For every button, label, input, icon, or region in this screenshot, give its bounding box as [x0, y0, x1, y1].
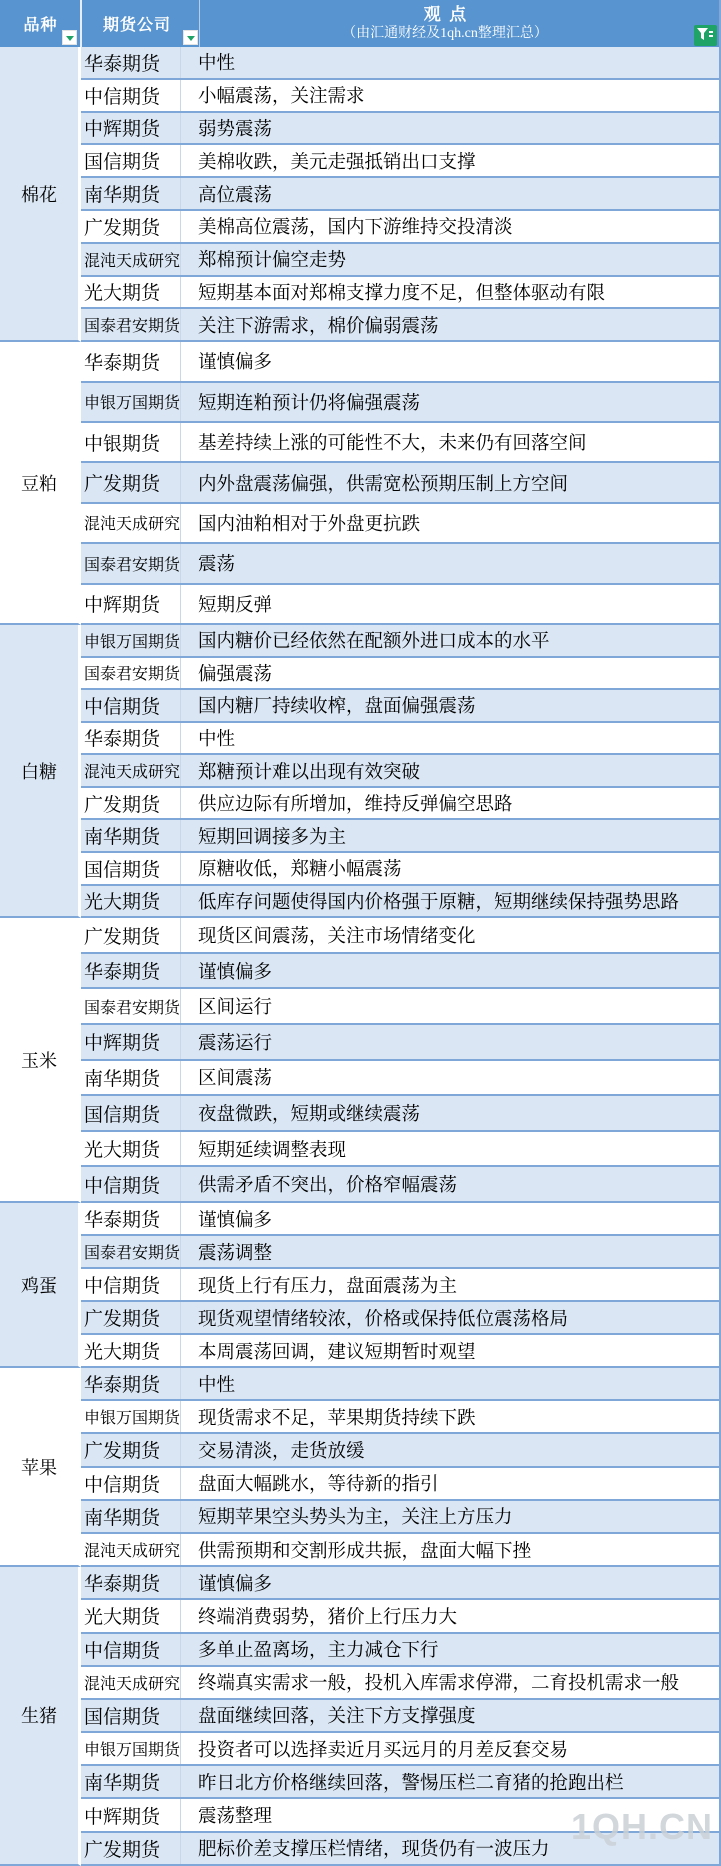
table-row: 广发期货供应边际有所增加，维持反弹偏空思路 [81, 788, 719, 821]
variety-cell[interactable]: 苹果 [0, 1368, 81, 1567]
company-cell[interactable]: 国信期货 [81, 1700, 180, 1731]
table-row: 国信期货原糖收低，郑糖小幅震荡 [81, 853, 719, 886]
company-cell[interactable]: 申银万国期货 [81, 1733, 180, 1764]
company-cell[interactable]: 混沌天成研究 [81, 244, 180, 275]
opinion-cell[interactable]: 内外盘震荡偏强，供需宽松预期压制上方空间 [180, 463, 719, 501]
table-row: 国信期货夜盘微跌，短期或继续震荡 [81, 1096, 719, 1132]
company-cell[interactable]: 光大期货 [81, 277, 180, 308]
table-row: 南华期货短期回调接多为主 [81, 820, 719, 853]
opinion-cell[interactable]: 现货上行有压力，盘面震荡为主 [180, 1269, 719, 1300]
variety-section: 鸡蛋华泰期货谨慎偏多国泰君安期货震荡调整中信期货现货上行有压力，盘面震荡为主广发… [0, 1203, 719, 1368]
opinion-cell[interactable]: 短期苹果空头势头为主，关注上方压力 [180, 1501, 719, 1532]
opinion-cell[interactable]: 震荡 [180, 544, 719, 582]
opinion-cell[interactable]: 小幅震荡，关注需求 [180, 80, 719, 111]
table-row: 中辉期货震荡整理 [81, 1799, 719, 1832]
company-filter-button[interactable] [183, 30, 198, 45]
opinion-cell[interactable]: 区间震荡 [180, 1061, 719, 1095]
company-cell[interactable]: 光大期货 [81, 1335, 180, 1366]
variety-section: 玉米广发期货现货区间震荡，关注市场情绪变化华泰期货谨慎偏多国泰君安期货区间运行中… [0, 918, 719, 1203]
opinion-cell[interactable]: 终端真实需求一般，投机入库需求停滞，二育投机需求一般 [180, 1667, 719, 1698]
opinion-cell[interactable]: 弱势震荡 [180, 113, 719, 144]
company-cell[interactable]: 中信期货 [81, 80, 180, 111]
company-cell[interactable]: 申银万国期货 [81, 383, 180, 421]
opinion-cell[interactable]: 终端消费弱势，猪价上行压力大 [180, 1600, 719, 1631]
company-cell[interactable]: 中信期货 [81, 690, 180, 721]
table-row: 光大期货短期延续调整表现 [81, 1132, 719, 1168]
table-row: 广发期货内外盘震荡偏强，供需宽松预期压制上方空间 [81, 463, 719, 503]
company-cell[interactable]: 国泰君安期货 [81, 658, 180, 689]
table-row: 华泰期货谨慎偏多 [81, 1203, 719, 1236]
opinion-cell[interactable]: 震荡运行 [180, 1025, 719, 1059]
opinion-cell[interactable]: 原糖收低，郑糖小幅震荡 [180, 853, 719, 884]
table-row: 混沌天成研究郑糖预计难以出现有效突破 [81, 755, 719, 788]
table-row: 混沌天成研究国内油粕相对于外盘更抗跌 [81, 504, 719, 544]
opinion-cell[interactable]: 国内油粕相对于外盘更抗跌 [180, 504, 719, 542]
futures-opinions-sheet: 品种 期货公司 观 点 （由汇通财经及1qh.cn整理汇总） 棉花华泰期货中性中… [0, 0, 721, 1866]
table-row: 华泰期货谨慎偏多 [81, 1567, 719, 1600]
section-rows: 广发期货现货区间震荡，关注市场情绪变化华泰期货谨慎偏多国泰君安期货区间运行中辉期… [81, 918, 719, 1203]
variety-section: 生猪华泰期货谨慎偏多光大期货终端消费弱势，猪价上行压力大中信期货多单止盈离场，主… [0, 1567, 719, 1866]
company-cell[interactable]: 南华期货 [81, 1501, 180, 1532]
company-cell[interactable]: 中信期货 [81, 1468, 180, 1499]
opinion-cell[interactable]: 供应边际有所增加，维持反弹偏空思路 [180, 788, 719, 819]
variety-section: 苹果华泰期货中性申银万国期货现货需求不足，苹果期货持续下跌广发期货交易清淡，走货… [0, 1368, 719, 1567]
company-cell[interactable]: 南华期货 [81, 1061, 180, 1095]
viewpoint-header-title: 观 点 [424, 5, 467, 25]
company-cell[interactable]: 国泰君安期货 [81, 989, 180, 1023]
variety-cell[interactable]: 生猪 [0, 1567, 81, 1866]
table-row: 华泰期货中性 [81, 1368, 719, 1401]
company-cell[interactable]: 国信期货 [81, 145, 180, 176]
company-cell[interactable]: 中辉期货 [81, 585, 180, 623]
variety-cell[interactable]: 白糖 [0, 625, 81, 918]
section-rows: 华泰期货中性中信期货小幅震荡，关注需求中辉期货弱势震荡国信期货美棉收跌，美元走强… [81, 47, 719, 342]
filter-active-icon[interactable] [694, 25, 717, 46]
company-cell[interactable]: 混沌天成研究 [81, 755, 180, 786]
company-cell[interactable]: 国信期货 [81, 1096, 180, 1130]
company-column-header[interactable]: 期货公司 [84, 0, 190, 47]
company-cell[interactable]: 南华期货 [81, 1766, 180, 1797]
company-cell[interactable]: 华泰期货 [81, 954, 180, 988]
table-row: 国泰君安期货震荡 [81, 544, 719, 584]
opinion-cell[interactable]: 郑糖预计难以出现有效突破 [180, 755, 719, 786]
opinion-cell[interactable]: 短期回调接多为主 [180, 820, 719, 851]
table-row: 中信期货盘面大幅跳水，等待新的指引 [81, 1468, 719, 1501]
opinion-cell[interactable]: 谨慎偏多 [180, 1203, 719, 1234]
variety-header-label: 品种 [23, 12, 57, 35]
opinion-cell[interactable]: 中性 [180, 723, 719, 754]
company-cell[interactable]: 混沌天成研究 [81, 1534, 180, 1565]
opinion-cell[interactable]: 低库存问题使得国内价格强于原糖，短期继续保持强势思路 [180, 886, 719, 917]
table-row: 国泰君安期货偏强震荡 [81, 658, 719, 691]
variety-cell[interactable]: 豆粕 [0, 342, 81, 625]
table-row: 光大期货终端消费弱势，猪价上行压力大 [81, 1600, 719, 1633]
opinion-cell[interactable]: 夜盘微跌，短期或继续震荡 [180, 1096, 719, 1130]
variety-cell[interactable]: 鸡蛋 [0, 1203, 81, 1368]
company-cell[interactable]: 广发期货 [81, 1833, 180, 1864]
table-row: 中信期货供需矛盾不突出，价格窄幅震荡 [81, 1167, 719, 1203]
opinion-cell[interactable]: 区间运行 [180, 989, 719, 1023]
table-row: 申银万国期货国内糖价已经依然在配额外进口成本的水平 [81, 625, 719, 658]
opinion-cell[interactable]: 本周震荡回调，建议短期暂时观望 [180, 1335, 719, 1366]
table-row: 光大期货本周震荡回调，建议短期暂时观望 [81, 1335, 719, 1368]
opinion-cell[interactable]: 短期连粕预计仍将偏强震荡 [180, 383, 719, 421]
company-cell[interactable]: 混沌天成研究 [81, 1667, 180, 1698]
company-cell[interactable]: 华泰期货 [81, 1368, 180, 1399]
viewpoint-header-subtitle: （由汇通财经及1qh.cn整理汇总） [342, 25, 548, 42]
table-row: 混沌天成研究供需预期和交割形成共振，盘面大幅下挫 [81, 1534, 719, 1567]
section-rows: 申银万国期货国内糖价已经依然在配额外进口成本的水平国泰君安期货偏强震荡中信期货国… [81, 625, 719, 918]
company-cell[interactable]: 广发期货 [81, 1434, 180, 1465]
company-cell[interactable]: 混沌天成研究 [81, 504, 180, 542]
table-row: 申银万国期货投资者可以选择卖近月买远月的月差反套交易 [81, 1733, 719, 1766]
opinion-cell[interactable]: 现货区间震荡，关注市场情绪变化 [180, 918, 719, 952]
company-cell[interactable]: 南华期货 [81, 178, 180, 209]
variety-cell[interactable]: 玉米 [0, 918, 81, 1203]
company-cell[interactable]: 华泰期货 [81, 342, 180, 380]
company-cell[interactable]: 南华期货 [81, 820, 180, 851]
table-row: 广发期货交易清淡，走货放缓 [81, 1434, 719, 1467]
table-row: 混沌天成研究终端真实需求一般，投机入库需求停滞，二育投机需求一般 [81, 1667, 719, 1700]
table-row: 国泰君安期货关注下游需求，棉价偏弱震荡 [81, 309, 719, 342]
table-row: 广发期货肥标价差支撑压栏情绪，现货仍有一波压力 [81, 1833, 719, 1866]
table-row: 光大期货低库存问题使得国内价格强于原糖，短期继续保持强势思路 [81, 886, 719, 919]
variety-filter-button[interactable] [62, 30, 77, 45]
opinion-cell[interactable]: 投资者可以选择卖近月买远月的月差反套交易 [180, 1733, 719, 1764]
company-cell[interactable]: 申银万国期货 [81, 1401, 180, 1432]
table-header: 品种 期货公司 观 点 （由汇通财经及1qh.cn整理汇总） [0, 0, 719, 47]
chevron-down-icon [187, 36, 195, 41]
opinion-cell[interactable]: 关注下游需求，棉价偏弱震荡 [180, 309, 719, 340]
company-header-label: 期货公司 [103, 12, 171, 35]
table-row: 申银万国期货短期连粕预计仍将偏强震荡 [81, 383, 719, 423]
table-row: 中信期货国内糖厂持续收榨，盘面偏强震荡 [81, 690, 719, 723]
company-cell[interactable]: 广发期货 [81, 1302, 180, 1333]
company-cell[interactable]: 申银万国期货 [81, 625, 180, 656]
opinion-cell[interactable]: 盘面继续回落，关注下方支撑强度 [180, 1700, 719, 1731]
table-row: 广发期货现货区间震荡，关注市场情绪变化 [81, 918, 719, 954]
opinion-cell[interactable]: 短期基本面对郑棉支撑力度不足，但整体驱动有限 [180, 277, 719, 308]
company-cell[interactable]: 华泰期货 [81, 1567, 180, 1598]
section-rows: 华泰期货谨慎偏多申银万国期货短期连粕预计仍将偏强震荡中银期货基差持续上涨的可能性… [81, 342, 719, 625]
table-row: 国泰君安期货区间运行 [81, 989, 719, 1025]
section-rows: 华泰期货谨慎偏多国泰君安期货震荡调整中信期货现货上行有压力，盘面震荡为主广发期货… [81, 1203, 719, 1368]
funnel-icon [697, 28, 714, 43]
company-cell[interactable]: 华泰期货 [81, 1203, 180, 1234]
opinion-cell[interactable]: 多单止盈离场，主力减仓下行 [180, 1634, 719, 1665]
company-cell[interactable]: 中信期货 [81, 1167, 180, 1201]
company-cell[interactable]: 中银期货 [81, 423, 180, 461]
company-cell[interactable]: 国泰君安期货 [81, 309, 180, 340]
company-cell[interactable]: 华泰期货 [81, 47, 180, 78]
company-cell[interactable]: 国信期货 [81, 853, 180, 884]
company-cell[interactable]: 广发期货 [81, 918, 180, 952]
section-rows: 华泰期货谨慎偏多光大期货终端消费弱势，猪价上行压力大中信期货多单止盈离场，主力减… [81, 1567, 719, 1866]
company-cell[interactable]: 中信期货 [81, 1634, 180, 1665]
company-cell[interactable]: 广发期货 [81, 463, 180, 501]
table-row: 华泰期货谨慎偏多 [81, 954, 719, 990]
opinion-cell[interactable]: 国内糖价已经依然在配额外进口成本的水平 [180, 625, 719, 656]
opinion-cell[interactable]: 短期延续调整表现 [180, 1132, 719, 1166]
company-cell[interactable]: 国泰君安期货 [81, 544, 180, 582]
table-row: 中信期货小幅震荡，关注需求 [81, 80, 719, 113]
company-cell[interactable]: 光大期货 [81, 1600, 180, 1631]
table-row: 国信期货盘面继续回落，关注下方支撑强度 [81, 1700, 719, 1733]
variety-section: 棉花华泰期货中性中信期货小幅震荡，关注需求中辉期货弱势震荡国信期货美棉收跌，美元… [0, 47, 719, 342]
table-row: 中辉期货短期反弹 [81, 585, 719, 625]
viewpoint-column-header[interactable]: 观 点 （由汇通财经及1qh.cn整理汇总） [200, 0, 690, 47]
table-row: 混沌天成研究郑棉预计偏空走势 [81, 244, 719, 277]
opinion-cell[interactable]: 谨慎偏多 [180, 954, 719, 988]
opinion-cell[interactable]: 美棉收跌，美元走强抵销出口支撑 [180, 145, 719, 176]
chevron-down-icon [66, 36, 74, 41]
opinion-cell[interactable]: 中性 [180, 1368, 719, 1399]
table-row: 光大期货短期基本面对郑棉支撑力度不足，但整体驱动有限 [81, 277, 719, 310]
company-cell[interactable]: 中辉期货 [81, 1025, 180, 1059]
table-row: 广发期货现货观望情绪较浓，价格或保持低位震荡格局 [81, 1302, 719, 1335]
table-row: 南华期货高位震荡 [81, 178, 719, 211]
table-row: 南华期货昨日北方价格继续回落，警惕压栏二育猪的抢跑出栏 [81, 1766, 719, 1799]
table-row: 中信期货多单止盈离场，主力减仓下行 [81, 1634, 719, 1667]
opinion-cell[interactable]: 盘面大幅跳水，等待新的指引 [180, 1468, 719, 1499]
opinion-cell[interactable]: 震荡调整 [180, 1236, 719, 1267]
table-row: 中辉期货震荡运行 [81, 1025, 719, 1061]
company-cell[interactable]: 中辉期货 [81, 1799, 180, 1830]
table-row: 南华期货区间震荡 [81, 1061, 719, 1097]
opinion-cell[interactable]: 现货观望情绪较浓，价格或保持低位震荡格局 [180, 1302, 719, 1333]
company-cell[interactable]: 光大期货 [81, 886, 180, 917]
table-row: 申银万国期货现货需求不足，苹果期货持续下跌 [81, 1401, 719, 1434]
variety-cell[interactable]: 棉花 [0, 47, 81, 342]
company-cell[interactable]: 光大期货 [81, 1132, 180, 1166]
section-rows: 华泰期货中性申银万国期货现货需求不足，苹果期货持续下跌广发期货交易清淡，走货放缓… [81, 1368, 719, 1567]
opinion-cell[interactable]: 高位震荡 [180, 178, 719, 209]
table-row: 中辉期货弱势震荡 [81, 113, 719, 146]
variety-section: 白糖申银万国期货国内糖价已经依然在配额外进口成本的水平国泰君安期货偏强震荡中信期… [0, 625, 719, 918]
table-row: 广发期货美棉高位震荡，国内下游维持交投清淡 [81, 211, 719, 244]
opinion-cell[interactable]: 肥标价差支撑压栏情绪，现货仍有一波压力 [180, 1833, 719, 1864]
company-cell[interactable]: 中辉期货 [81, 113, 180, 144]
table-row: 中银期货基差持续上涨的可能性不大，未来仍有回落空间 [81, 423, 719, 463]
opinion-cell[interactable]: 交易清淡，走货放缓 [180, 1434, 719, 1465]
table-row: 华泰期货中性 [81, 723, 719, 756]
table-row: 华泰期货中性 [81, 47, 719, 80]
opinion-cell[interactable]: 国内糖厂持续收榨，盘面偏强震荡 [180, 690, 719, 721]
company-cell[interactable]: 广发期货 [81, 788, 180, 819]
table-row: 中信期货现货上行有压力，盘面震荡为主 [81, 1269, 719, 1302]
opinion-cell[interactable]: 偏强震荡 [180, 658, 719, 689]
opinion-cell[interactable]: 美棉高位震荡，国内下游维持交投清淡 [180, 211, 719, 242]
opinion-cell[interactable]: 昨日北方价格继续回落，警惕压栏二育猪的抢跑出栏 [180, 1766, 719, 1797]
table-row: 国信期货美棉收跌，美元走强抵销出口支撑 [81, 145, 719, 178]
opinion-cell[interactable]: 震荡整理 [180, 1799, 719, 1830]
table-row: 南华期货短期苹果空头势头为主，关注上方压力 [81, 1501, 719, 1534]
opinion-cell[interactable]: 供需预期和交割形成共振，盘面大幅下挫 [180, 1534, 719, 1565]
opinion-cell[interactable]: 供需矛盾不突出，价格窄幅震荡 [180, 1167, 719, 1201]
table-row: 华泰期货谨慎偏多 [81, 342, 719, 382]
opinion-cell[interactable]: 现货需求不足，苹果期货持续下跌 [180, 1401, 719, 1432]
opinion-cell[interactable]: 短期反弹 [180, 585, 719, 623]
company-cell[interactable]: 广发期货 [81, 211, 180, 242]
table-body: 棉花华泰期货中性中信期货小幅震荡，关注需求中辉期货弱势震荡国信期货美棉收跌，美元… [0, 47, 719, 1866]
opinion-cell[interactable]: 郑棉预计偏空走势 [180, 244, 719, 275]
opinion-cell[interactable]: 谨慎偏多 [180, 342, 719, 380]
opinion-cell[interactable]: 谨慎偏多 [180, 1567, 719, 1598]
variety-section: 豆粕华泰期货谨慎偏多申银万国期货短期连粕预计仍将偏强震荡中银期货基差持续上涨的可… [0, 342, 719, 625]
company-cell[interactable]: 华泰期货 [81, 723, 180, 754]
company-cell[interactable]: 国泰君安期货 [81, 1236, 180, 1267]
company-cell[interactable]: 中信期货 [81, 1269, 180, 1300]
table-row: 国泰君安期货震荡调整 [81, 1236, 719, 1269]
opinion-cell[interactable]: 中性 [180, 47, 719, 78]
opinion-cell[interactable]: 基差持续上涨的可能性不大，未来仍有回落空间 [180, 423, 719, 461]
